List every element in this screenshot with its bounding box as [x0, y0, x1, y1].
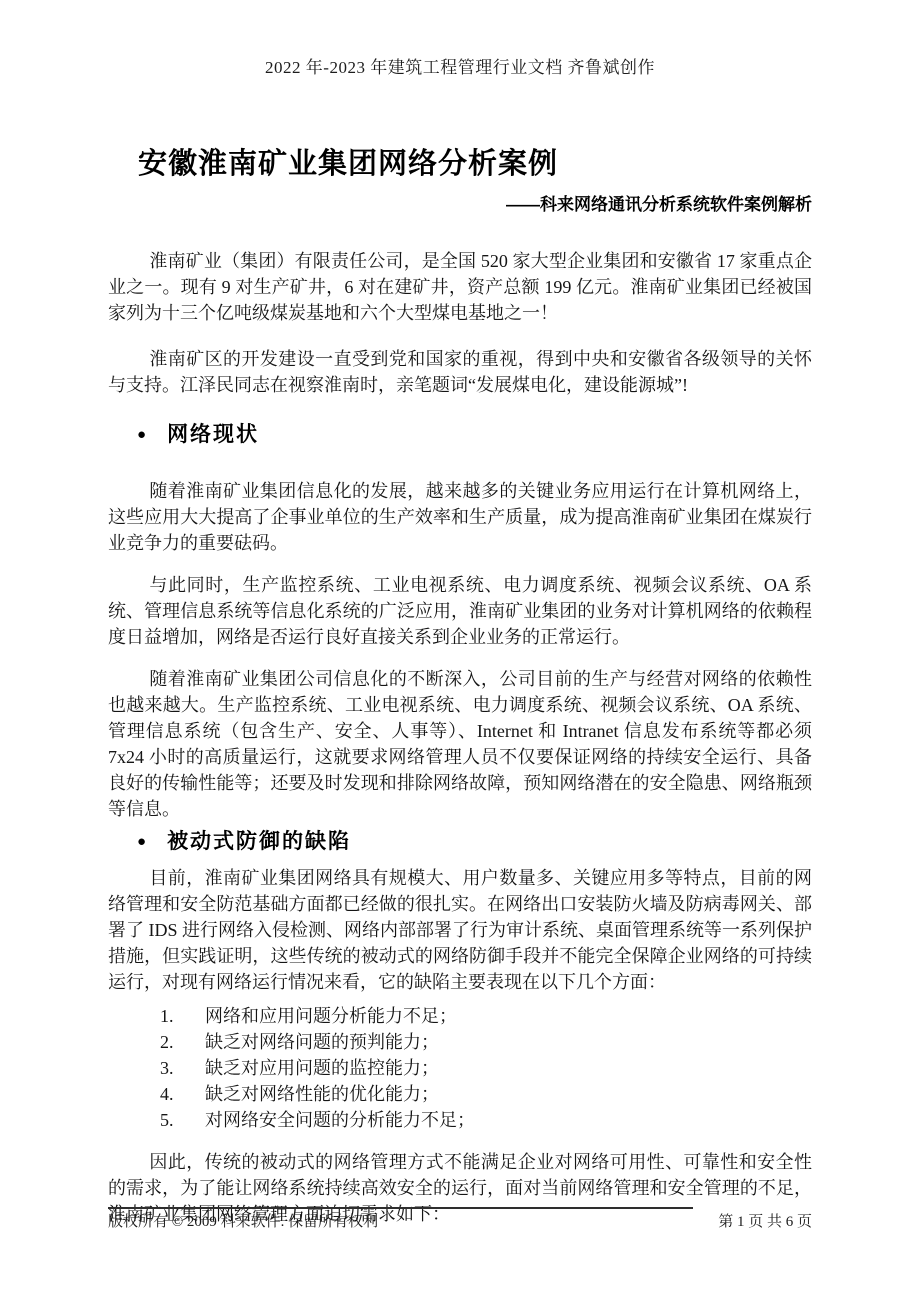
page-footer: 版权所有 © 2009 科来软件. 保留所有权利 第 1 页 共 6 页: [108, 1207, 812, 1231]
list-item-text: 缺乏对应用问题的监控能力；: [205, 1055, 439, 1081]
page-subtitle: ——科来网络通讯分析系统软件案例解析: [108, 195, 812, 215]
list-item: 2. 缺乏对网络问题的预判能力；: [108, 1029, 812, 1055]
section-heading-label: 网络现状: [167, 420, 259, 450]
document-page: 2022 年-2023 年建筑工程管理行业文档 齐鲁斌创作 安徽淮南矿业集团网络…: [0, 0, 920, 1302]
body-paragraph: 与此同时，生产监控系统、工业电视系统、电力调度系统、视频会议系统、OA 系统、管…: [108, 572, 812, 650]
body-paragraph: 目前，淮南矿业集团网络具有规模大、用户数量多、关键应用多等特点，目前的网络管理和…: [108, 865, 812, 995]
list-item: 3. 缺乏对应用问题的监控能力；: [108, 1055, 812, 1081]
bullet-icon: ●: [137, 420, 146, 450]
bullet-icon: ●: [137, 827, 146, 857]
list-item: 1. 网络和应用问题分析能力不足；: [108, 1003, 812, 1029]
list-item: 5. 对网络安全问题的分析能力不足；: [108, 1107, 812, 1133]
list-item-number: 3.: [160, 1055, 205, 1081]
list-item-number: 2.: [160, 1029, 205, 1055]
intro-paragraph: 淮南矿区的开发建设一直受到党和国家的重视，得到中央和安徽省各级领导的关怀与支持。…: [108, 346, 812, 398]
section-heading-network-status: ● 网络现状: [137, 420, 812, 450]
list-item-text: 网络和应用问题分析能力不足；: [205, 1003, 457, 1029]
body-paragraph: 随着淮南矿业集团信息化的发展，越来越多的关键业务应用运行在计算机网络上，这些应用…: [108, 478, 812, 556]
list-item-number: 5.: [160, 1107, 205, 1133]
list-item-number: 4.: [160, 1081, 205, 1107]
page-header-text: 2022 年-2023 年建筑工程管理行业文档 齐鲁斌创作: [108, 58, 812, 78]
list-item-text: 缺乏对网络问题的预判能力；: [205, 1029, 439, 1055]
list-item-text: 缺乏对网络性能的优化能力；: [205, 1081, 439, 1107]
list-item-number: 1.: [160, 1003, 205, 1029]
intro-paragraph: 淮南矿业（集团）有限责任公司，是全国 520 家大型企业集团和安徽省 17 家重…: [108, 248, 812, 326]
page-title: 安徽淮南矿业集团网络分析案例: [138, 146, 812, 182]
section-heading-passive-defense: ● 被动式防御的缺陷: [137, 827, 812, 857]
body-paragraph: 随着淮南矿业集团公司信息化的不断深入，公司目前的生产与经营对网络的依赖性也越来越…: [108, 666, 812, 822]
footer-page-number: 第 1 页 共 6 页: [718, 1213, 812, 1231]
footer-copyright: 版权所有 © 2009 科来软件. 保留所有权利: [108, 1213, 378, 1231]
list-item-text: 对网络安全问题的分析能力不足；: [205, 1107, 475, 1133]
list-item: 4. 缺乏对网络性能的优化能力；: [108, 1081, 812, 1107]
section-heading-label: 被动式防御的缺陷: [167, 827, 351, 857]
numbered-list: 1. 网络和应用问题分析能力不足； 2. 缺乏对网络问题的预判能力； 3. 缺乏…: [108, 1003, 812, 1133]
